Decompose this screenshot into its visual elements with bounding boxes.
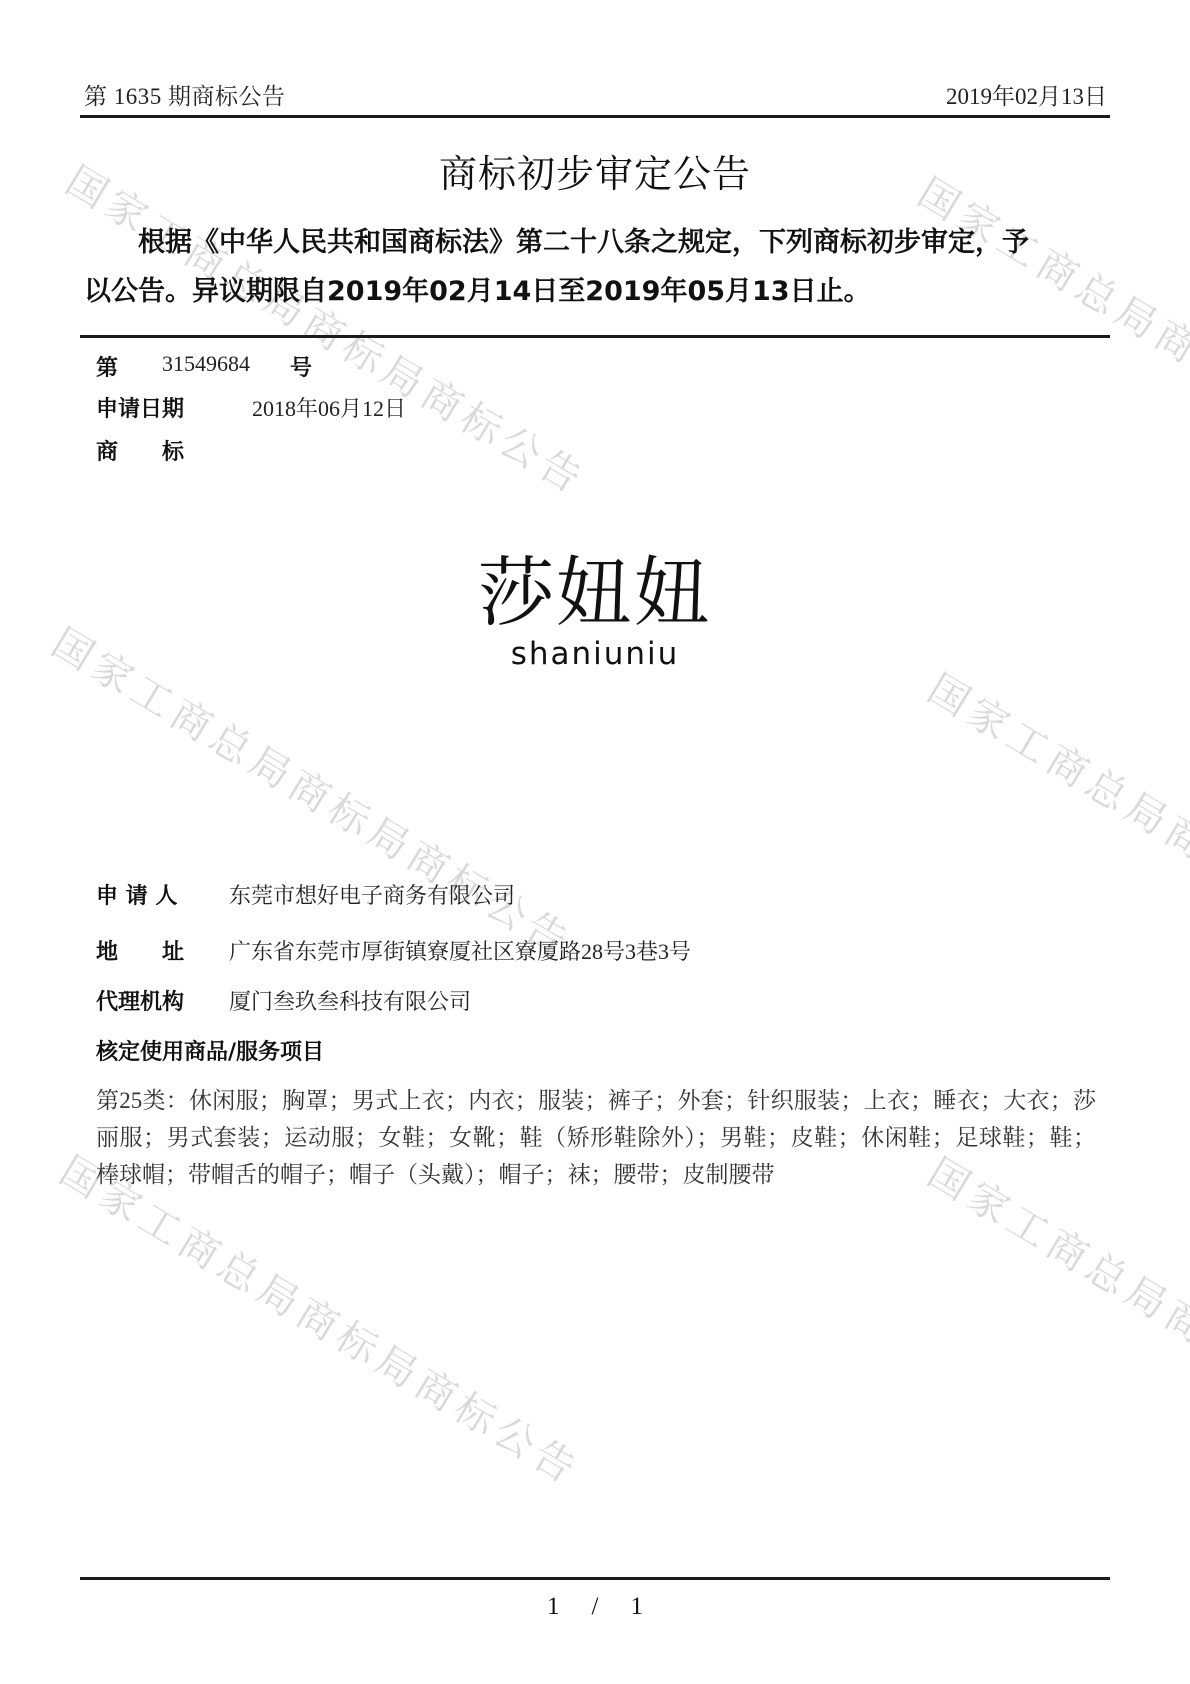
number-suffix-label: 号 [290, 351, 312, 382]
page-total: 1 [630, 1593, 643, 1621]
agent-label: 代理机构 [96, 985, 184, 1016]
trademark-pinyin: shaniuniu [0, 636, 1190, 672]
issue-date: 2019年02月13日 [946, 78, 1107, 111]
footer-divider [80, 1577, 1110, 1580]
issue-number: 第 1635 期商标公告 [84, 78, 286, 111]
watermark: 国家工商总局商标局商标公告 [919, 658, 1190, 1015]
registration-number: 31549684 [162, 351, 250, 377]
agent-name: 厦门叁玖叁科技有限公司 [229, 985, 471, 1016]
watermark: 国家工商总局商标局商标公告 [919, 1142, 1190, 1499]
header-divider [80, 115, 1110, 118]
goods-services-label: 核定使用商品/服务项目 [96, 1035, 324, 1066]
goods-services-list: 第25类：休闲服；胸罩；男式上衣；内衣；服装；裤子；外套；针织服装；上衣；睡衣；… [96, 1082, 1096, 1193]
address-value: 广东省东莞市厚街镇寮厦社区寮厦路28号3巷3号 [229, 935, 691, 966]
address-label: 地 址 [96, 935, 184, 966]
page-indicator: 1/1 [0, 1593, 1190, 1621]
application-date-label: 申请日期 [96, 392, 184, 423]
section-divider [80, 335, 1110, 338]
trademark-chinese: 莎妞妞 [0, 548, 1190, 638]
intro-paragraph: 根据《中华人民共和国商标法》第二十八条之规定，下列商标初步审定，予 以公告。异议… [84, 218, 1114, 316]
watermark: 国家工商总局商标局商标公告 [909, 162, 1190, 519]
applicant-name: 东莞市想好电子商务有限公司 [229, 879, 515, 910]
applicant-label: 申 请 人 [96, 879, 177, 910]
page-separator: / [592, 1593, 599, 1621]
intro-line-2: 以公告。异议期限自2019年02月14日至2019年05月13日止。 [84, 267, 1114, 316]
intro-line-1: 根据《中华人民共和国商标法》第二十八条之规定，下列商标初步审定，予 [138, 227, 1029, 258]
page-current: 1 [547, 1593, 560, 1621]
watermark: 国家工商总局商标局商标公告 [51, 1140, 593, 1497]
number-prefix-label: 第 [96, 351, 118, 382]
application-date: 2018年06月12日 [252, 392, 406, 423]
page-title: 商标初步审定公告 [0, 143, 1190, 198]
trademark-label: 商 标 [96, 435, 184, 466]
